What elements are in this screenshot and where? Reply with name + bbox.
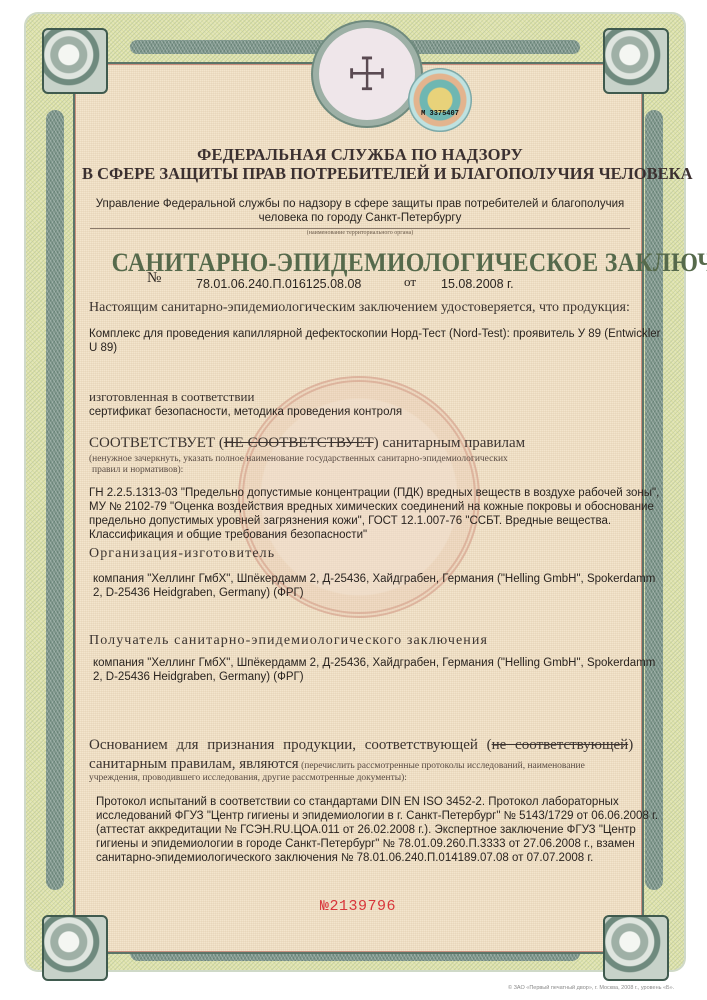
basis-line3: учреждения, проводившего исследования, д…: [89, 773, 407, 784]
product-description: Комплекс для проведения капиллярной дефе…: [89, 327, 634, 355]
manufacturer-label: Организация-изготовитель: [89, 546, 275, 562]
basis-doc-line: (аттестат аккредитации № ГСЭН.RU.ЦОА.011…: [96, 823, 658, 837]
basis-doc-line: Протокол испытаний в соответствии со ста…: [96, 795, 658, 809]
basis-struck: не соответствующей: [492, 737, 629, 753]
serial-number: №2139796: [320, 898, 396, 915]
address-line: компания "Хеллинг ГмбХ", Шпёкердамм 2, Д…: [93, 572, 655, 586]
manufactured-label: изготовленная в соответствии: [89, 389, 254, 405]
product-line: U 89): [89, 341, 634, 355]
ornament-corner-icon: [42, 915, 108, 981]
basis-main: санитарным правилам, являются: [89, 756, 299, 772]
product-intro: Настоящим санитарно-эпидемиологическим з…: [89, 300, 630, 316]
compliance-statement: СООТВЕТСТВУЕТ (НЕ СООТВЕТСТВУЕТ) санитар…: [89, 435, 525, 452]
agency-title-line2: В СФЕРЕ ЗАЩИТЫ ПРАВ ПОТРЕБИТЕЛЕЙ И БЛАГО…: [82, 164, 638, 184]
hologram-seal-icon: M 3375407: [408, 68, 472, 132]
basis-line1: Основанием для признания продукции, соот…: [89, 737, 633, 754]
basis-doc-line: санитарно-эпидемиологического заключения…: [96, 851, 658, 865]
complies-text: СООТВЕТСТВУЕТ: [89, 435, 215, 451]
department-line: Управление Федеральной службы по надзору…: [95, 197, 625, 211]
compliance-note: (ненужное зачеркнуть, указать полное наи…: [89, 454, 508, 476]
number-label: №: [147, 270, 161, 287]
department-name: Управление Федеральной службы по надзору…: [95, 197, 625, 225]
basis-prefix: Основанием для признания продукции, соот…: [89, 737, 492, 753]
date-label: от: [404, 274, 416, 290]
hologram-code: M 3375407: [421, 110, 459, 118]
manufacturer-address: компания "Хеллинг ГмбХ", Шпёкердамм 2, Д…: [93, 572, 655, 600]
note-line: правил и нормативов):: [89, 465, 508, 476]
note-line: (ненужное зачеркнуть, указать полное наи…: [89, 454, 508, 465]
address-line: 2, D-25436 Heidgraben, Germany) (ФРГ): [93, 586, 655, 600]
manufactured-value: сертификат безопасности, методика провед…: [89, 405, 402, 419]
ornament-corner-icon: [603, 915, 669, 981]
recipient-address: компания "Хеллинг ГмбХ", Шпёкердамм 2, Д…: [93, 656, 655, 684]
basis-note: (перечислить рассмотренные протоколы исс…: [299, 761, 585, 771]
basis-doc-line: исследований ФГУЗ "Центр гигиены и эпиде…: [96, 809, 658, 823]
basis-documents: Протокол испытаний в соответствии со ста…: [96, 795, 658, 865]
ornament-corner-icon: [42, 28, 108, 94]
basis-suffix: ): [628, 737, 633, 753]
document-title: САНИТАРНО-ЭПИДЕМИОЛОГИЧЕСКОЕ ЗАКЛЮЧЕНИЕ: [112, 248, 609, 278]
rule-line: предельно допустимых уровней загрязнения…: [89, 514, 659, 528]
ornament-corner-icon: [603, 28, 669, 94]
rules-label: санитарным правилам: [382, 435, 525, 451]
rule-line: ГН 2.2.5.1313-03 "Предельно допустимые к…: [89, 486, 659, 500]
address-line: 2, D-25436 Heidgraben, Germany) (ФРГ): [93, 670, 655, 684]
rule-line: Классификация и общие требования безопас…: [89, 528, 659, 542]
recipient-label: Получатель санитарно-эпидемиологического…: [89, 633, 488, 649]
agency-title-line1: ФЕДЕРАЛЬНАЯ СЛУЖБА ПО НАДЗОРУ: [90, 145, 630, 165]
basis-doc-line: гигиены и эпидемиологии в городе Санкт-П…: [96, 837, 658, 851]
basis-line2: санитарным правилам, являются (перечисли…: [89, 755, 585, 773]
rule-line: МУ № 2102-79 "Оценка воздействия вредных…: [89, 500, 659, 514]
frame-ribbon-left: [46, 110, 64, 890]
document-date: 15.08.2008 г.: [441, 277, 514, 291]
divider: [90, 228, 630, 229]
product-line: Комплекс для проведения капиллярной дефе…: [89, 327, 634, 341]
printer-imprint: © ЗАО «Первый печатный двор», г. Москва,…: [508, 985, 674, 991]
department-caption: (наименование территориального органа): [90, 230, 630, 236]
sanitary-rules-list: ГН 2.2.5.1313-03 "Предельно допустимые к…: [89, 486, 659, 542]
document-number: 78.01.06.240.П.016125.08.08: [196, 277, 361, 291]
not-complies-struck: НЕ СООТВЕТСТВУЕТ: [224, 435, 374, 451]
address-line: компания "Хеллинг ГмбХ", Шпёкердамм 2, Д…: [93, 656, 655, 670]
department-line: человека по городу Санкт-Петербургу: [95, 211, 625, 225]
coat-of-arms-icon: ☩: [313, 22, 421, 126]
